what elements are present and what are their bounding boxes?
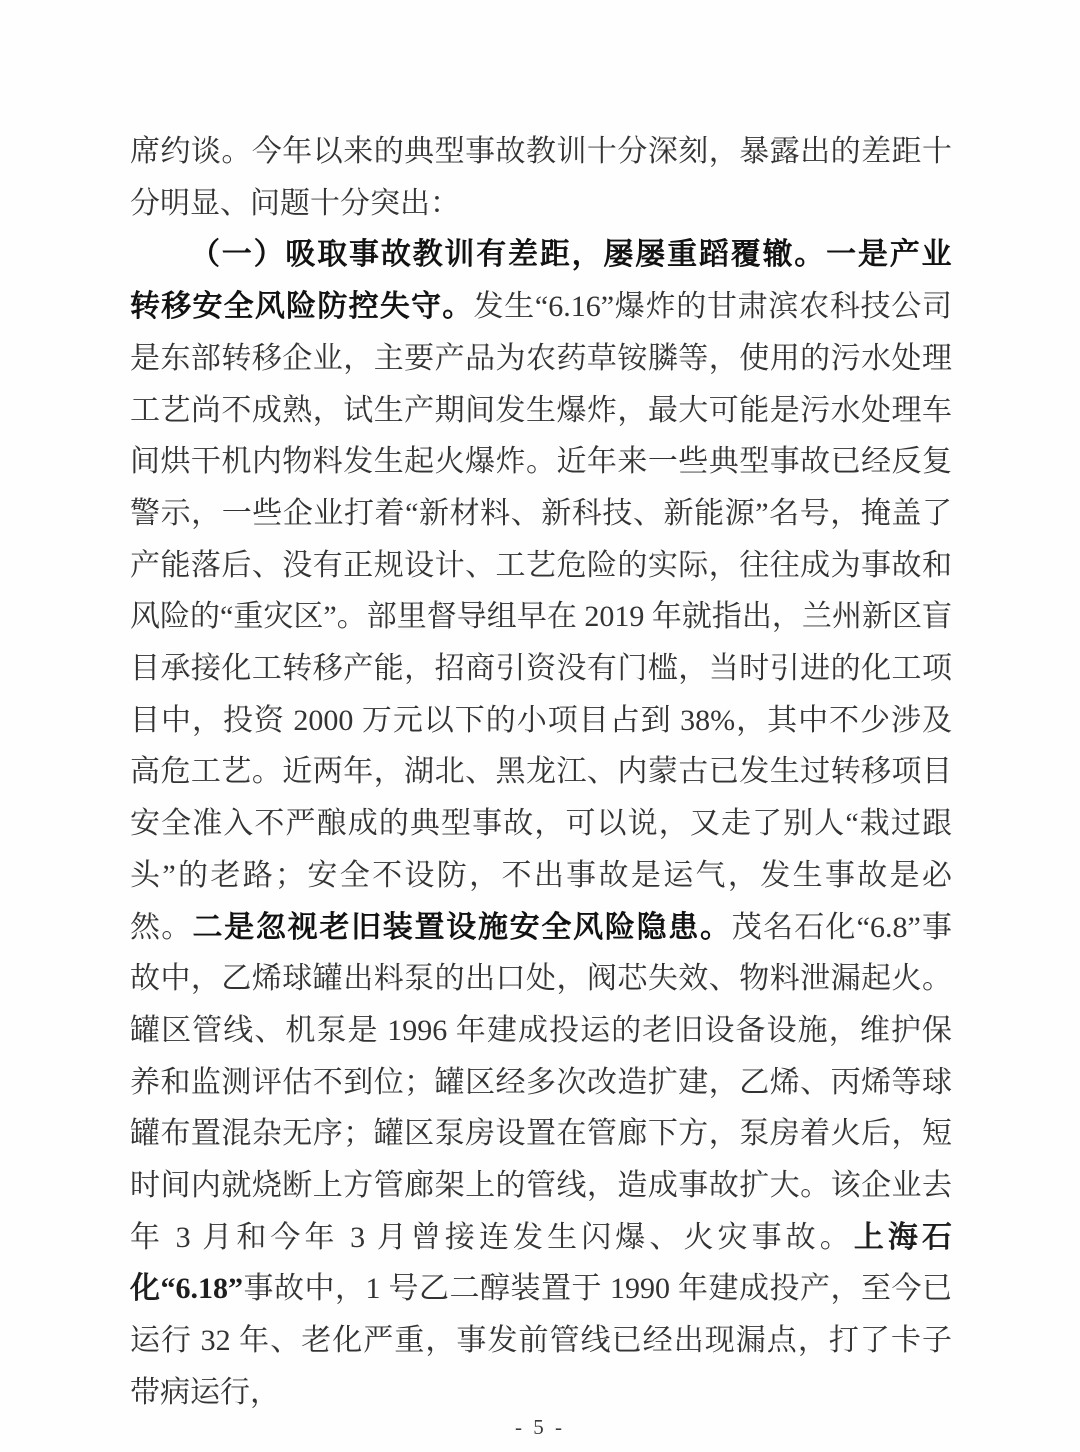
text-segment: 二是忽视老旧装置设施安全风险隐患。 xyxy=(192,911,731,944)
document-body: 席约谈。今年以来的典型事故教训十分深刻，暴露出的差距十分明显、问题十分突出：（一… xyxy=(130,126,952,1419)
paragraph: 席约谈。今年以来的典型事故教训十分深刻，暴露出的差距十分明显、问题十分突出： xyxy=(130,126,952,229)
page-number: - 5 - xyxy=(0,1415,1080,1440)
text-segment: 发生“6.16”爆炸的甘肃滨农科技公司是东部转移企业，主要产品为农药草铵膦等，使… xyxy=(130,290,952,943)
text-segment: 事故中，1 号乙二醇装置于 1990 年建成投产，至今已运行 32 年、老化严重… xyxy=(130,1272,952,1408)
document-page: 席约谈。今年以来的典型事故教训十分深刻，暴露出的差距十分明显、问题十分突出：（一… xyxy=(0,0,1080,1452)
text-segment: 茂名石化“6.8”事故中，乙烯球罐出料泵的出口处，阀芯失效、物料泄漏起火。罐区管… xyxy=(130,911,952,1254)
paragraph: （一）吸取事故教训有差距，屡屡重蹈覆辙。一是产业转移安全风险防控失守。发生“6.… xyxy=(130,229,952,1418)
text-segment: 席约谈。今年以来的典型事故教训十分深刻，暴露出的差距十分明显、问题十分突出： xyxy=(130,135,952,220)
